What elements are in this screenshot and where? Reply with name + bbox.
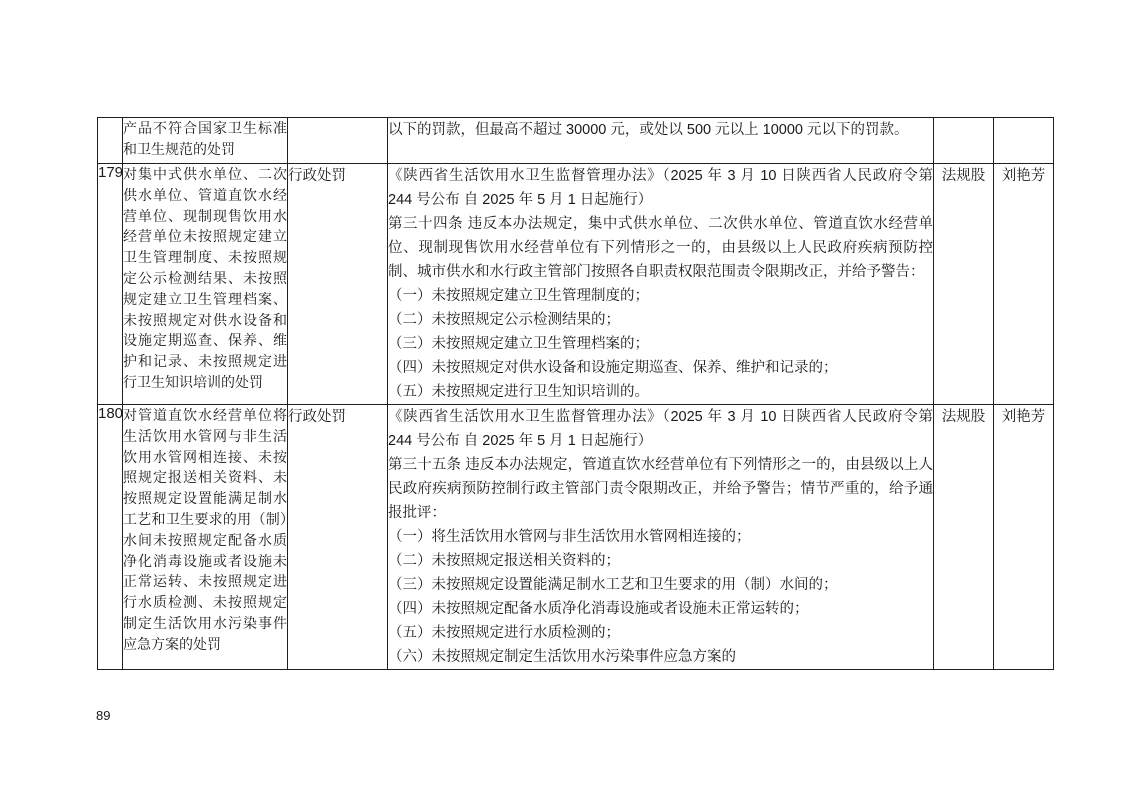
legal-basis-item: （四）未按照规定对供水设备和设施定期巡查、保养、维护和记录的； (388, 356, 933, 380)
department-cell: 法规股 (934, 405, 994, 670)
legal-basis-item: （一）未按照规定建立卫生管理制度的； (388, 284, 933, 308)
legal-basis-cell: 《陕西省生活饮用水卫生监督管理办法》（2025 年 3 月 10 日陕西省人民政… (388, 405, 934, 670)
row-number-cell (98, 118, 123, 164)
legal-basis-item: （三）未按照规定设置能满足制水工艺和卫生要求的用（制）水间的； (388, 573, 933, 597)
document-page: 产品不符合国家卫生标准和卫生规范的处罚 以下的罚款，但最高不超过 30000 元… (0, 0, 1122, 793)
handler-cell: 刘艳芳 (994, 405, 1054, 670)
violation-desc-cell: 对集中式供水单位、二次供水单位、管道直饮水经营单位、现制现售饮用水经营单位未按照… (123, 164, 288, 405)
legal-basis-item: （四）未按照规定配备水质净化消毒设施或者设施未正常运转的； (388, 597, 933, 621)
penalty-type-cell: 行政处罚 (288, 164, 388, 405)
table-row-180: 180 对管道直饮水经营单位将生活饮用水管网与非生活饮用水管网相连接、未按照规定… (98, 405, 1054, 670)
legal-basis-text: 以下的罚款，但最高不超过 30000 元，或处以 500 元以上 10000 元… (388, 118, 933, 142)
violation-desc-cell: 产品不符合国家卫生标准和卫生规范的处罚 (123, 118, 288, 164)
table-row-179: 179 对集中式供水单位、二次供水单位、管道直饮水经营单位、现制现售饮用水经营单… (98, 164, 1054, 405)
legal-basis-cell: 以下的罚款，但最高不超过 30000 元，或处以 500 元以上 10000 元… (388, 118, 934, 164)
handler-cell: 刘艳芳 (994, 164, 1054, 405)
legal-basis-item: （五）未按照规定进行卫生知识培训的。 (388, 380, 933, 404)
legal-basis-title: 《陕西省生活饮用水卫生监督管理办法》（2025 年 3 月 10 日陕西省人民政… (388, 164, 933, 212)
row-number-cell: 179 (98, 164, 123, 405)
legal-basis-cell: 《陕西省生活饮用水卫生监督管理办法》（2025 年 3 月 10 日陕西省人民政… (388, 164, 934, 405)
table-row-carryover: 产品不符合国家卫生标准和卫生规范的处罚 以下的罚款，但最高不超过 30000 元… (98, 118, 1054, 164)
department-cell: 法规股 (934, 164, 994, 405)
handler-cell (994, 118, 1054, 164)
penalty-type-cell (288, 118, 388, 164)
legal-basis-item: （二）未按照规定公示检测结果的； (388, 308, 933, 332)
legal-basis-item: （六）未按照规定制定生活饮用水污染事件应急方案的 (388, 645, 933, 669)
legal-basis-article: 第三十四条 违反本办法规定，集中式供水单位、二次供水单位、管道直饮水经营单位、现… (388, 212, 933, 284)
department-cell (934, 118, 994, 164)
legal-basis-item: （三）未按照规定建立卫生管理档案的； (388, 332, 933, 356)
legal-basis-item: （二）未按照规定报送相关资料的； (388, 549, 933, 573)
page-number: 89 (96, 708, 110, 723)
penalty-regulation-table: 产品不符合国家卫生标准和卫生规范的处罚 以下的罚款，但最高不超过 30000 元… (97, 117, 1054, 670)
legal-basis-title: 《陕西省生活饮用水卫生监督管理办法》（2025 年 3 月 10 日陕西省人民政… (388, 405, 933, 453)
legal-basis-item: （一）将生活饮用水管网与非生活饮用水管网相连接的； (388, 525, 933, 549)
violation-desc-cell: 对管道直饮水经营单位将生活饮用水管网与非生活饮用水管网相连接、未按照规定报送相关… (123, 405, 288, 670)
row-number-cell: 180 (98, 405, 123, 670)
penalty-type-cell: 行政处罚 (288, 405, 388, 670)
legal-basis-article: 第三十五条 违反本办法规定，管道直饮水经营单位有下列情形之一的，由县级以上人民政… (388, 453, 933, 525)
legal-basis-item: （五）未按照规定进行水质检测的； (388, 621, 933, 645)
